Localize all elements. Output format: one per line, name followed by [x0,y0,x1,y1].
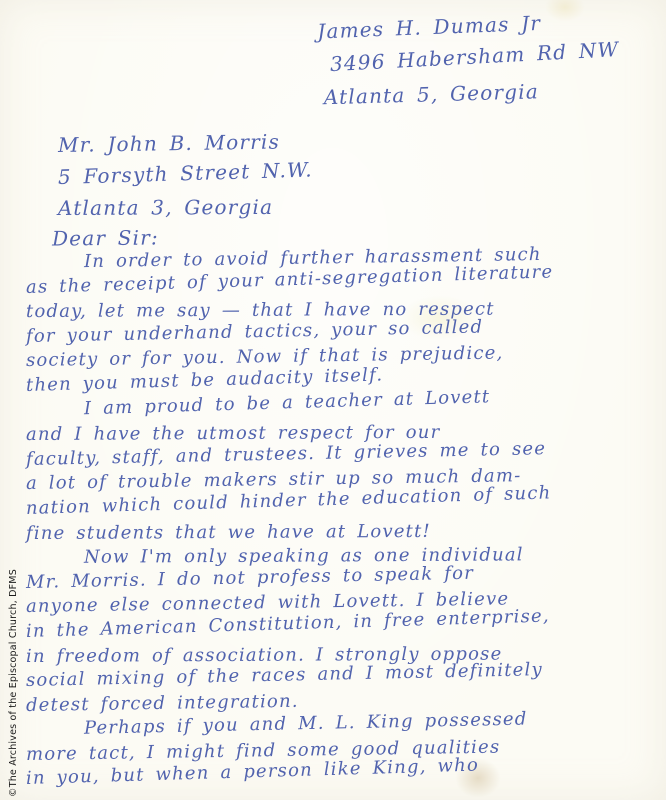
archive-copyright-stamp: ©The Archives of the Episcopal Church, D… [6,547,22,797]
sender-address: James H. Dumas Jr3496 Habersham Rd NWAtl… [317,9,621,115]
salutation: Dear Sir: [52,225,159,250]
letter-body: In order to avoid further harassment suc… [26,251,642,792]
letter-line: fine students that we have at Lovett! [26,518,642,546]
letter-paragraph: Now I'm only speaking as one individualM… [26,546,642,718]
letter-line: Atlanta 5, Georgia [323,73,620,114]
letter-line: Atlanta 3, Georgia [58,192,313,225]
letter-paragraph: In order to avoid further harassment suc… [26,251,642,399]
recipient-address: Mr. John B. Morris5 Forsyth Street N.W.A… [58,130,313,225]
letter-paragraph: Perhaps if you and M. L. King possessedm… [26,718,642,792]
letter-paragraph: I am proud to be a teacher at Lovettand … [26,399,642,547]
letter-page: ©The Archives of the Episcopal Church, D… [0,0,666,800]
